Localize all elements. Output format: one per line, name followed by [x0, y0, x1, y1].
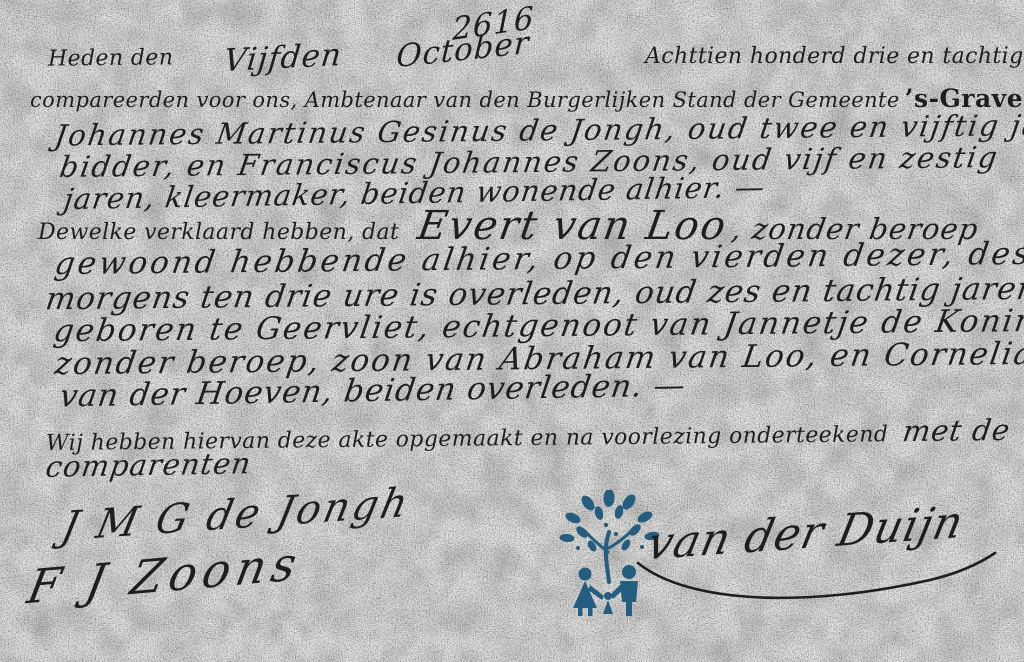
- month-entry: October: [394, 25, 531, 75]
- day-entry: Vijfden: [223, 37, 343, 79]
- witness1-signature: J M G de Jongh: [61, 480, 412, 550]
- month-value: October: [395, 25, 530, 75]
- registrar-signature-text: van der Duijn: [643, 497, 969, 571]
- registrar-signature: van der Duijn: [647, 497, 965, 570]
- printed-heden-den: Heden den: [48, 45, 174, 71]
- line-heden-den: Heden den: [48, 45, 174, 71]
- day-value: Vijfden: [222, 37, 344, 79]
- death-record-scan: 2616 October Heden den Vijfden Achttien …: [0, 0, 1024, 662]
- line-compareerden: compareerden voor ons, Ambtenaar van den…: [30, 84, 1024, 113]
- line-comparenten: comparenten: [46, 446, 252, 484]
- printed-dewelke: Dewelke verklaard hebben, dat: [38, 220, 399, 245]
- closing-hand-suffix: met de: [901, 413, 1013, 448]
- witness1-signature-text: J M G de Jongh: [57, 479, 414, 550]
- year-printed: Achttien honderd drie en tachtig,: [645, 44, 1024, 69]
- comparenten-text: comparenten: [44, 446, 254, 484]
- printed-compareerden: compareerden voor ons, Ambtenaar van den…: [30, 88, 900, 112]
- printed-year: Achttien honderd drie en tachtig,: [645, 44, 1024, 69]
